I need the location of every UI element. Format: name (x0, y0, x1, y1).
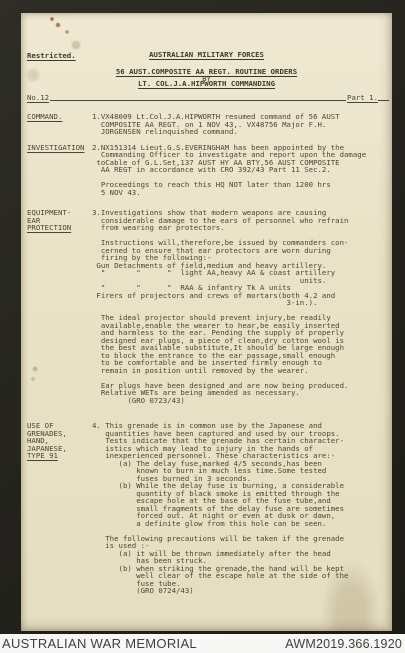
order-number-line: No.12 Part 1. (27, 94, 389, 102)
order-item-grenades: USE OF GRENADES, HAND, JAPANESE, TYPE 91… (27, 422, 388, 595)
order-body: 1.VX48009 Lt.Col.J.A.HIPWORTH resumed co… (92, 113, 388, 136)
order-label: USE OF GRENADES, HAND, JAPANESE, TYPE 91 (27, 422, 92, 460)
order-label-underlined: TYPE 91 (27, 451, 58, 460)
order-body: 3.Investigations show that modern weapon… (92, 209, 388, 404)
order-item-ear-protection: EQUIPMENT- EAR PROTECTION 3.Investigatio… (27, 209, 388, 404)
archive-footer-bar: AUSTRALIAN WAR MEMORIAL AWM2019.366.1920 (0, 634, 405, 653)
order-number: No.12 (27, 94, 49, 102)
header-commander-line: LT. COL.J.A.HIPWORTH COMMANDING (21, 80, 392, 88)
part-label: Part 1. (347, 94, 378, 102)
order-body: 2.NX151314 Lieut.G.S.EVERINGHAM has been… (92, 144, 388, 197)
order-label-underlined: COMMAND. (27, 112, 62, 121)
ruled-line (50, 100, 346, 101)
order-item-investigation: INVESTIGATION 2.NX151314 Lieut.G.S.EVERI… (27, 144, 388, 197)
order-body: 4. This grenade is in common use by the … (92, 422, 388, 595)
archive-name: AUSTRALIAN WAR MEMORIAL (2, 636, 197, 651)
screenshot-stage: Restricted. AUSTRALIAN MILITARY FORCES 5… (0, 0, 405, 653)
order-label: EQUIPMENT- EAR PROTECTION (27, 209, 92, 232)
archive-reference-id: AWM2019.366.1920 (285, 637, 402, 651)
orders-list: COMMAND. 1.VX48009 Lt.Col.J.A.HIPWORTH r… (27, 113, 388, 595)
document-page: Restricted. AUSTRALIAN MILITARY FORCES 5… (21, 13, 392, 631)
order-label-text: USE OF GRENADES, HAND, JAPANESE, (27, 421, 67, 453)
order-label-underlined: INVESTIGATION (27, 143, 84, 152)
ruled-line-end (378, 100, 389, 101)
order-label: COMMAND. (27, 113, 92, 121)
order-label: INVESTIGATION (27, 144, 92, 152)
order-label-underlined: PROTECTION (27, 223, 71, 232)
scan-background: Restricted. AUSTRALIAN MILITARY FORCES 5… (0, 0, 405, 634)
header-force-title: AUSTRALIAN MILITARY FORCES (21, 51, 392, 59)
order-item-command: COMMAND. 1.VX48009 Lt.Col.J.A.HIPWORTH r… (27, 113, 388, 136)
